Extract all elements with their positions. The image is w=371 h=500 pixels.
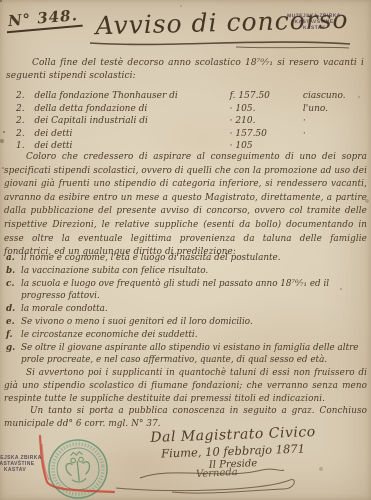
requirement-letter: c. bbox=[6, 278, 21, 304]
stipend-desc: della fondazione Thonhauser di bbox=[34, 91, 229, 104]
requirement-item: b. la vaccinazione subita con felice ris… bbox=[6, 265, 366, 278]
requirement-item: g. Se oltre il giovane aspirante allo st… bbox=[6, 342, 366, 368]
museum-stamp-bottom-line1: MUZEJSKA ZBIRKA KASTAVŠTINE bbox=[0, 455, 43, 467]
requirement-text: la scuola e luogo ove frequentò gli stud… bbox=[21, 278, 366, 304]
stipend-row: 2. dei detti · 157.50 · bbox=[16, 129, 364, 142]
intro-paragraph: Colla fine del testè decorso anno scolas… bbox=[6, 57, 364, 83]
requirement-letter: d. bbox=[6, 303, 21, 316]
stipend-qty: 2. bbox=[16, 116, 34, 129]
requirement-item: c. la scuola e luogo ove frequentò gli s… bbox=[6, 278, 366, 304]
stipend-list: 2. della fondazione Thonhauser di f. 157… bbox=[16, 91, 364, 154]
stipend-per: ciascuno. bbox=[303, 91, 364, 104]
museum-stamp-bottom: MUZEJSKA ZBIRKA KASTAVŠTINE KASTAV bbox=[0, 455, 43, 473]
requirements-list: a. il nome e cognome, l'età e luogo di n… bbox=[6, 252, 366, 367]
stipend-desc: della detta fondazione di bbox=[34, 104, 229, 117]
document-number: N° 348. bbox=[5, 6, 83, 34]
stipend-per: · bbox=[303, 129, 364, 142]
museum-stamp-bottom-line2: KASTAV bbox=[0, 467, 43, 473]
stipend-amount: · 105. bbox=[230, 104, 303, 117]
stipend-desc: dei detti bbox=[34, 129, 229, 142]
document-page: N° 348. Avviso di concorso MUZEJSKA ZBIR… bbox=[0, 0, 371, 500]
stipend-amount: · 157.50 bbox=[230, 129, 303, 142]
museum-stamp-top-line1: MUZEJSKA ZBIRKA KASTAVŠTINE bbox=[282, 13, 346, 26]
stipend-row: 2. della detta fondazione di · 105. l'un… bbox=[16, 104, 364, 117]
title-flourish-underline bbox=[86, 36, 358, 52]
requirement-letter: e. bbox=[6, 316, 21, 329]
museum-stamp-top-line2: KASTAV bbox=[282, 25, 346, 32]
museum-stamp-top: MUZEJSKA ZBIRKA KASTAVŠTINE KASTAV bbox=[282, 13, 346, 32]
stipend-amount: f. 157.50 bbox=[230, 91, 303, 104]
requirement-letter: f. bbox=[6, 329, 21, 342]
stipend-row: 2. dei Capitali industriali di · 210. · bbox=[16, 116, 364, 129]
stipend-qty: 2. bbox=[16, 129, 34, 142]
requirement-text: le circostanze economiche dei suddetti. bbox=[21, 329, 366, 342]
stipend-per: · bbox=[303, 116, 364, 129]
requirement-text: la morale condotta. bbox=[21, 303, 366, 316]
requirement-text: Se oltre il giovane aspirante allo stipe… bbox=[21, 342, 366, 368]
stipend-amount: · 210. bbox=[230, 116, 303, 129]
conditions-paragraph: Coloro che credessero di aspirare al con… bbox=[4, 151, 367, 260]
signature: Verneda bbox=[196, 467, 238, 480]
requirement-item: e. Se vivono o meno i suoi genitori ed i… bbox=[6, 316, 366, 329]
requirement-text: il nome e cognome, l'età e luogo di nasc… bbox=[21, 252, 366, 265]
requirement-text: Se vivono o meno i suoi genitori ed il l… bbox=[21, 316, 366, 329]
stipend-desc: dei Capitali industriali di bbox=[34, 116, 229, 129]
requirement-item: f. le circostanze economiche dei suddett… bbox=[6, 329, 366, 342]
paper-specks bbox=[0, 0, 2, 2]
requirement-text: la vaccinazione subita con felice risult… bbox=[21, 265, 366, 278]
requirement-item: d. la morale condotta. bbox=[6, 303, 366, 316]
stipend-row: 2. della fondazione Thonhauser di f. 157… bbox=[16, 91, 364, 104]
requirement-letter: g. bbox=[6, 342, 21, 368]
requirement-letter: a. bbox=[6, 252, 21, 265]
stipend-qty: 2. bbox=[16, 104, 34, 117]
requirement-item: a. il nome e cognome, l'età e luogo di n… bbox=[6, 252, 366, 265]
stipend-qty: 2. bbox=[16, 91, 34, 104]
warning-paragraph: Si avvertono poi i supplicanti in quanto… bbox=[4, 367, 367, 407]
official-seal-icon bbox=[43, 434, 113, 500]
requirement-letter: b. bbox=[6, 265, 21, 278]
stipend-per: l'uno. bbox=[303, 104, 364, 117]
